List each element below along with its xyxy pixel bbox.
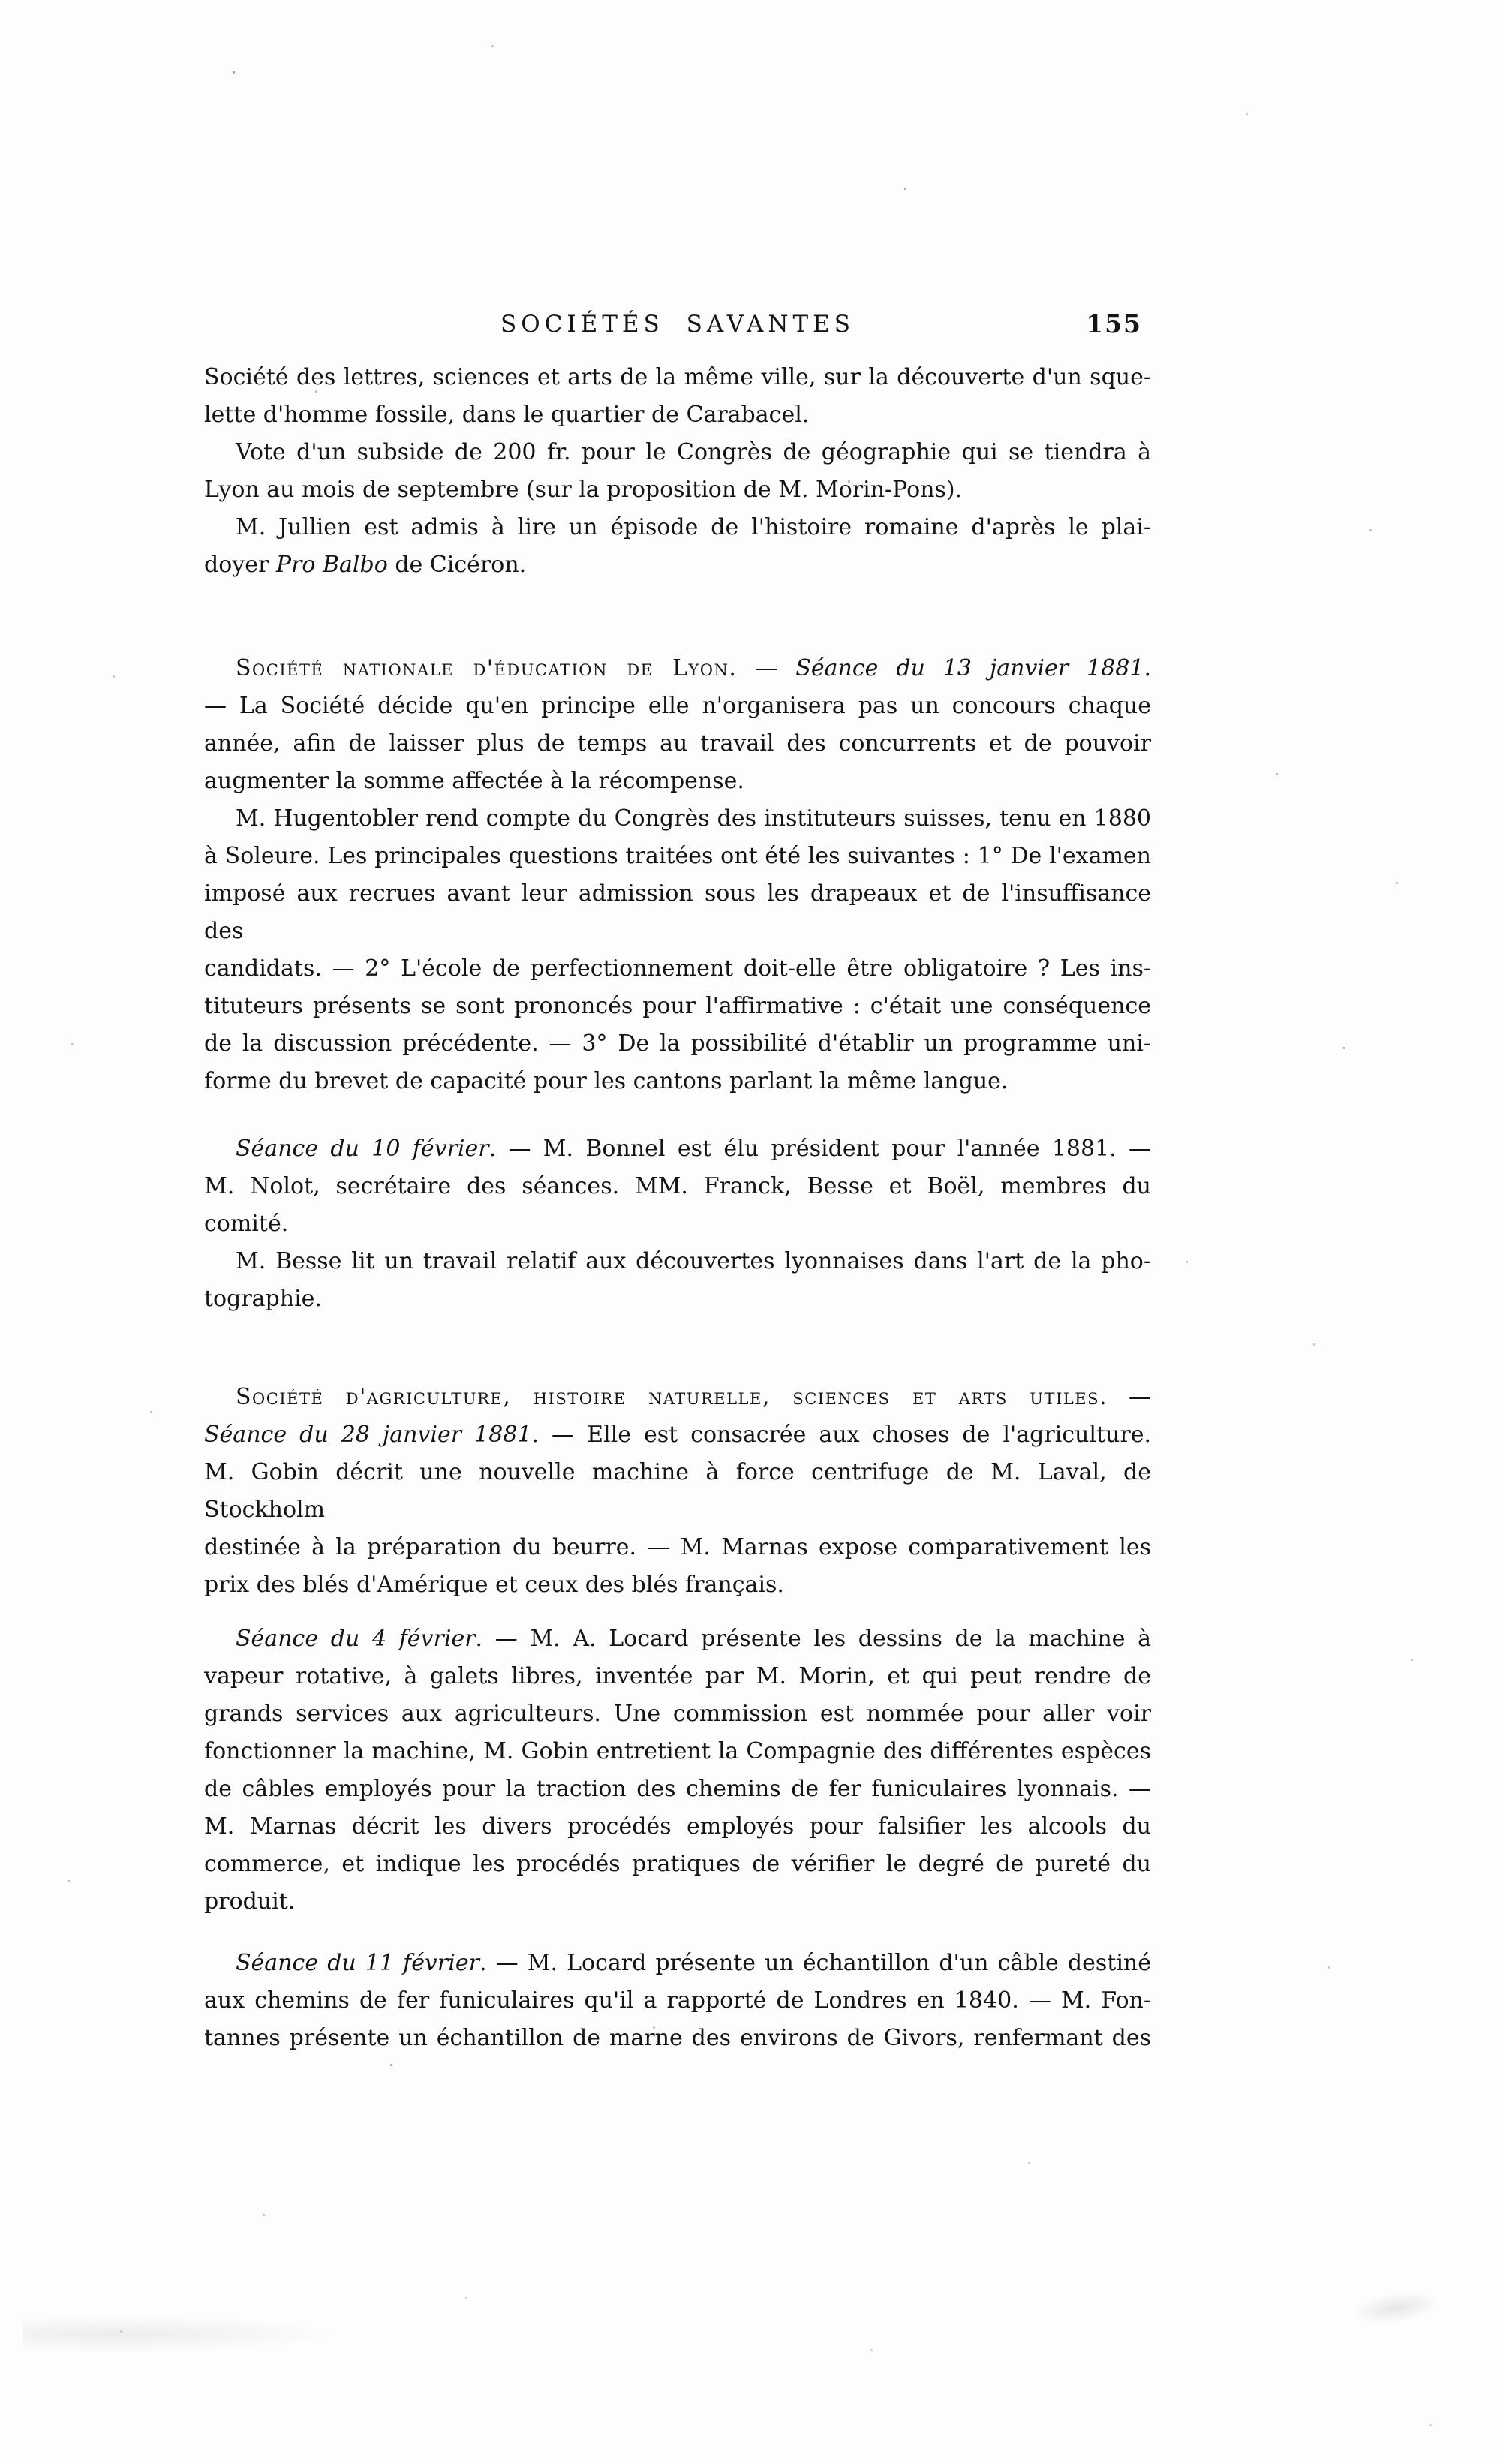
text-line: imposé aux recrues avant leur admission … (204, 875, 1151, 950)
body-text: . — M. Bonnel est élu président pour l'a… (489, 1136, 1151, 1162)
text-line: — La Société décide qu'en principe elle … (204, 687, 1151, 725)
running-title: SOCIÉTÉS SAVANTES (204, 311, 1151, 338)
body-text: . — M. A. Locard présente les dessins de… (476, 1626, 1151, 1652)
text-line: tographie. (204, 1280, 1151, 1318)
italic-text: Séance du 4 février (236, 1626, 476, 1652)
text-line: prix des blés d'Amérique et ceux des blé… (204, 1566, 1151, 1604)
paragraph: M. Besse lit un travail relatif aux déco… (204, 1243, 1151, 1318)
text-line: candidats. — 2° L'école de perfectionnem… (204, 950, 1151, 988)
text-line: tituteurs présents se sont prononcés pou… (204, 988, 1151, 1025)
text-line: de câbles employés pour la traction des … (204, 1771, 1151, 1808)
text-line: M. Jullien est admis à lire un épisode d… (204, 509, 1151, 546)
text-line: commerce, et indique les procédés pratiq… (204, 1846, 1151, 1883)
body-text: M. Gobin décrit une nouvelle machine à f… (204, 1459, 1151, 1523)
body-text: M. Hugentobler rend compte du Congrès de… (236, 805, 1151, 832)
body-text: imposé aux recrues avant leur admission … (204, 880, 1151, 944)
paragraph: Société d'agriculture, histoire naturell… (204, 1379, 1151, 1604)
text-line: Séance du 10 février. — M. Bonnel est él… (204, 1130, 1151, 1168)
body-text: produit. (204, 1888, 295, 1915)
text-line: à Soleure. Les principales questions tra… (204, 838, 1151, 875)
text-line: Séance du 4 février. — M. A. Locard prés… (204, 1620, 1151, 1658)
body-text: comité. (204, 1211, 288, 1237)
body-text: M. Besse lit un travail relatif aux déco… (236, 1248, 1151, 1274)
body-text: — (737, 655, 795, 681)
paragraph: Séance du 10 février. — M. Bonnel est él… (204, 1130, 1151, 1243)
paragraph: Séance du 4 février. — M. A. Locard prés… (204, 1620, 1151, 1921)
text-line: Société nationale d'éducation de Lyon. —… (204, 650, 1151, 687)
body-text: forme du brevet de capacité pour les can… (204, 1068, 1008, 1094)
paragraph: M. Jullien est admis à lire un épisode d… (204, 509, 1151, 584)
text-line: M. Hugentobler rend compte du Congrès de… (204, 800, 1151, 838)
body-text: fonctionner la machine, M. Gobin entreti… (204, 1738, 1151, 1765)
body-text: grands services aux agriculteurs. Une co… (204, 1701, 1151, 1727)
text-line: vapeur rotative, à galets libres, invent… (204, 1658, 1151, 1695)
text-line: Société d'agriculture, histoire naturell… (204, 1379, 1151, 1416)
body-text: candidats. — 2° L'école de perfectionnem… (204, 955, 1151, 982)
text-line: M. Besse lit un travail relatif aux déco… (204, 1243, 1151, 1280)
body-text: . — Elle est consacrée aux choses de l'a… (531, 1422, 1151, 1448)
body-text: prix des blés d'Amérique et ceux des blé… (204, 1572, 784, 1598)
body-text: . (1144, 655, 1151, 681)
smallcaps-text: Société nationale d'éducation de Lyon. (236, 655, 737, 681)
text-line: grands services aux agriculteurs. Une co… (204, 1695, 1151, 1733)
page-body: Société des lettres, sciences et arts de… (204, 359, 1151, 2057)
text-line: Séance du 28 janvier 1881. — Elle est co… (204, 1416, 1151, 1454)
body-text: M. Jullien est admis à lire un épisode d… (236, 514, 1151, 540)
paragraph: Société nationale d'éducation de Lyon. —… (204, 650, 1151, 800)
italic-text: Séance du 11 février (236, 1950, 479, 1976)
text-line: comité. (204, 1205, 1151, 1243)
paragraph: Séance du 11 février. — M. Locard présen… (204, 1945, 1151, 2057)
text-line: aux chemins de fer funiculaires qu'il a … (204, 1982, 1151, 2020)
body-text: tographie. (204, 1286, 322, 1312)
text-line: fonctionner la machine, M. Gobin entreti… (204, 1733, 1151, 1771)
text-line: M. Nolot, secrétaire des séances. MM. Fr… (204, 1168, 1151, 1205)
italic-text: Séance du 28 janvier 1881 (204, 1422, 531, 1448)
text-line: destinée à la préparation du beurre. — M… (204, 1529, 1151, 1566)
text-line: forme du brevet de capacité pour les can… (204, 1063, 1151, 1100)
paragraph: M. Hugentobler rend compte du Congrès de… (204, 800, 1151, 1100)
text-line: Société des lettres, sciences et arts de… (204, 359, 1151, 396)
body-text: lette d'homme fossile, dans le quartier … (204, 402, 809, 428)
body-text: de câbles employés pour la traction des … (204, 1776, 1151, 1802)
body-text: de la discussion précédente. — 3° De la … (204, 1030, 1151, 1057)
scanned-book-page: SOCIÉTÉS SAVANTES 155 Société des lettre… (0, 0, 1503, 2464)
text-line: M. Gobin décrit une nouvelle machine à f… (204, 1454, 1151, 1529)
body-text: tituteurs présents se sont prononcés pou… (204, 993, 1151, 1019)
body-text: Lyon au mois de septembre (sur la propos… (204, 477, 962, 503)
text-line: tannes présente un échantillon de marne … (204, 2020, 1151, 2057)
body-text: — (1108, 1384, 1151, 1410)
body-text: . — M. Locard présente un échantillon d'… (479, 1950, 1151, 1976)
scan-smudge (1349, 2287, 1442, 2329)
paragraph: Vote d'un subside de 200 fr. pour le Con… (204, 434, 1151, 509)
body-text: à Soleure. Les principales questions tra… (204, 843, 1151, 869)
text-line: Séance du 11 février. — M. Locard présen… (204, 1945, 1151, 1982)
body-text: augmenter la somme affectée à la récompe… (204, 768, 744, 794)
text-line: doyer Pro Balbo de Cicéron. (204, 546, 1151, 584)
italic-text: Séance du 13 janvier 1881 (795, 655, 1144, 681)
body-text: commerce, et indique les procédés pratiq… (204, 1851, 1151, 1877)
text-line: année, afin de laisser plus de temps au … (204, 725, 1151, 763)
text-line: lette d'homme fossile, dans le quartier … (204, 396, 1151, 434)
body-text: — La Société décide qu'en principe elle … (204, 693, 1151, 719)
text-line: produit. (204, 1883, 1151, 1921)
text-line: augmenter la somme affectée à la récompe… (204, 763, 1151, 800)
italic-text: Pro Balbo (276, 552, 388, 578)
body-text: M. Nolot, secrétaire des séances. MM. Fr… (204, 1173, 1151, 1199)
text-line: de la discussion précédente. — 3° De la … (204, 1025, 1151, 1063)
body-text: Vote d'un subside de 200 fr. pour le Con… (236, 439, 1151, 465)
text-line: Vote d'un subside de 200 fr. pour le Con… (204, 434, 1151, 471)
body-text: M. Marnas décrit les divers procédés emp… (204, 1813, 1151, 1840)
text-line: Lyon au mois de septembre (sur la propos… (204, 471, 1151, 509)
body-text: Société des lettres, sciences et arts de… (204, 364, 1151, 390)
body-text: aux chemins de fer funiculaires qu'il a … (204, 1987, 1151, 2014)
body-text: de Cicéron. (388, 552, 526, 578)
page-header: SOCIÉTÉS SAVANTES 155 (204, 311, 1151, 347)
body-text: destinée à la préparation du beurre. — M… (204, 1534, 1151, 1560)
page-number: 155 (1086, 309, 1142, 338)
body-text: vapeur rotative, à galets libres, invent… (204, 1663, 1151, 1689)
scan-noise-speckles (0, 0, 2, 2)
body-text: année, afin de laisser plus de temps au … (204, 730, 1151, 757)
body-text: tannes présente un échantillon de marne … (204, 2025, 1151, 2051)
paragraph: Société des lettres, sciences et arts de… (204, 359, 1151, 434)
scan-smudge (23, 2315, 338, 2353)
body-text: doyer (204, 552, 276, 578)
text-line: M. Marnas décrit les divers procédés emp… (204, 1808, 1151, 1846)
italic-text: Séance du 10 février (236, 1136, 489, 1162)
smallcaps-text: Société d'agriculture, histoire naturell… (236, 1384, 1108, 1410)
